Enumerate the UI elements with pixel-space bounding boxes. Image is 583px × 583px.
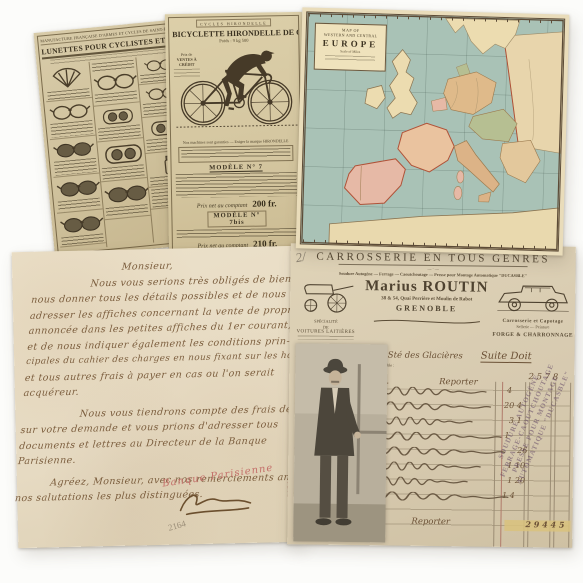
map-title-main: EUROPE: [315, 38, 385, 50]
price-row-model-7: Prix net au comptant 200 fr.: [175, 197, 298, 209]
specialty-line: VOITURES LAITIÈRES: [290, 329, 362, 335]
folding-goggles-icon: [46, 65, 88, 91]
amount: 4: [507, 386, 512, 395]
letterhead-left: SPÉCIALITÉ DE VOITURES LAITIÈRES: [290, 277, 363, 341]
city-name: GRENOBLE: [362, 303, 491, 314]
catalog-item: [50, 136, 99, 178]
credit-line: VENTES À CRÉDIT: [174, 56, 200, 66]
letterhead-center: Marius ROUTIN 38 & 54, Quai Perrière et …: [362, 278, 492, 343]
notice-box: [178, 144, 293, 162]
portrait-photo: [293, 343, 387, 542]
letter-body: Monsieur, Nous vous serions très obligés…: [12, 256, 302, 539]
item-text-lines: [102, 164, 145, 180]
ephemera-photo: MANUFACTURE FRANÇAISE D'ARMES ET CYCLES …: [0, 0, 583, 583]
credit-note: Prix de VENTES À CRÉDIT: [174, 51, 200, 76]
dark-goggles-icon: [100, 140, 148, 166]
catalog-item: [97, 138, 147, 182]
notice-text-lines: [181, 148, 290, 160]
catalog-item: [43, 62, 92, 102]
model-7bis-heading: MODÈLE N° 7bis: [208, 210, 267, 227]
invoice-page: 2/ CARROSSERIE EN TOUS GENRES — · — Soud…: [287, 243, 576, 547]
bicycle-ad-page: CYCLES HIRONDELLE BICYCLETTE HIRONDELLE …: [165, 12, 306, 257]
handwritten-letter-page: Monsieur, Nous vous serions très obligés…: [12, 246, 302, 548]
specialty-fine-print: [298, 335, 354, 340]
bicycle-ad-frame: CYCLES HIRONDELLE BICYCLETTE HIRONDELLE …: [168, 15, 303, 254]
item-text-lines: [98, 124, 141, 140]
suite-doit: Suite Doit: [481, 351, 532, 364]
flourish-underline: [371, 317, 481, 326]
map-scale-label: Scale of Miles: [315, 49, 385, 55]
dark-goggles-icon: [103, 180, 151, 206]
total-label: Reporter: [411, 517, 450, 527]
model-7-heading: MODÈLE N° 7: [175, 162, 298, 171]
price-label: Prix net au comptant: [197, 202, 248, 209]
catalog-item: [94, 102, 143, 142]
catalog-item: [46, 98, 95, 140]
item-text-lines: [54, 157, 97, 175]
item-text-lines: [50, 119, 93, 137]
catalog-item: [90, 58, 140, 107]
europe-map-page: MAP OF WESTERN AND CENTRAL EUROPE Scale …: [296, 7, 570, 255]
catalog-item: [101, 178, 150, 220]
map-legend-lines: [325, 55, 375, 62]
spec-text-lines: [176, 171, 297, 197]
map-title-box: MAP OF WESTERN AND CENTRAL EUROPE Scale …: [314, 23, 387, 72]
services-right-line: Sellerie — Peinture: [491, 324, 575, 331]
total-amount: 2 9 4 4 5: [525, 519, 564, 529]
model-7-label: MODÈLE N° 7: [209, 163, 263, 172]
carriage-icon: [295, 277, 357, 314]
letterhead-right: Carrosserie et Capotage Sellerie — Peint…: [491, 280, 576, 344]
credit-text-lines: [174, 68, 200, 76]
catalog-item: [57, 209, 106, 247]
map-frame: MAP OF WESTERN AND CENTRAL EUROPE Scale …: [300, 11, 565, 251]
automobile-icon: [493, 280, 573, 315]
services-right-line: FORGE & CHARRONNAGE: [491, 331, 575, 338]
bicycle-figure: Prix de VENTES À CRÉDIT: [172, 41, 297, 139]
letterhead-row: SPÉCIALITÉ DE VOITURES LAITIÈRES Marius …: [290, 277, 576, 343]
catalog-item: [54, 174, 103, 214]
price-value: 200 fr.: [252, 198, 276, 208]
proprietor-name: Marius ROUTIN: [362, 278, 491, 297]
signature-flourish: [176, 487, 255, 519]
street-address: 38 & 54, Quai Perrière et Moulin de Rabo…: [362, 296, 491, 303]
brand-box: CYCLES HIRONDELLE: [196, 18, 272, 27]
model-7bis-label: MODÈLE N° 7bis: [213, 211, 260, 226]
spec-text-lines: [177, 227, 298, 237]
